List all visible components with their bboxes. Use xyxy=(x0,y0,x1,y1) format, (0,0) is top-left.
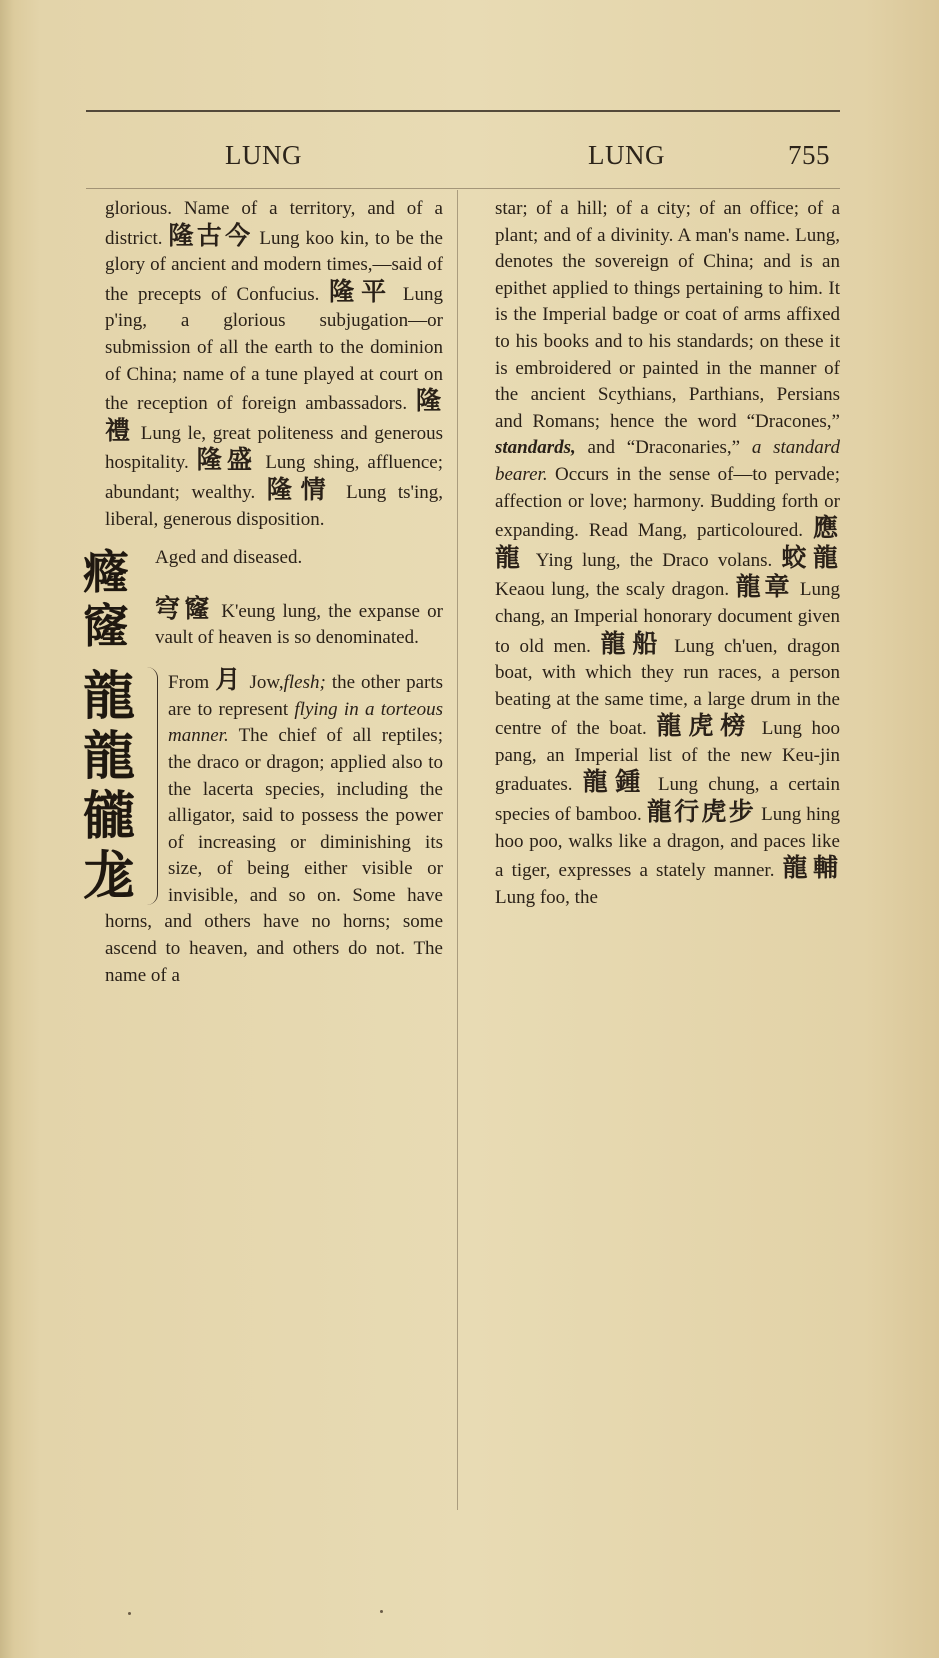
definition-text: Keaou lung, the scaly dragon. xyxy=(495,579,729,600)
headword-char: 尨 xyxy=(83,847,145,907)
page-number: 755 xyxy=(788,140,830,171)
curly-brace xyxy=(147,667,158,905)
chinese-compound: 龍鍾 xyxy=(583,767,648,796)
entry-continuation: glorious. Name of a territory, and of a … xyxy=(105,196,443,533)
right-column: star; of a hill; of a city; of an office… xyxy=(495,196,840,911)
top-rule xyxy=(86,110,840,112)
headword-char: 癃 xyxy=(83,545,141,599)
chinese-compound: 隆古今 xyxy=(169,221,254,250)
chinese-compound: 龍輔 xyxy=(783,853,840,882)
italic-gloss: standards, xyxy=(495,437,576,458)
definition-text: Ying lung, the Draco volans. xyxy=(536,550,772,571)
chinese-compound: 龍章 xyxy=(736,572,794,601)
definition-text: and “Draconaries,” xyxy=(588,437,741,458)
chinese-compound: 隆平 xyxy=(329,277,393,306)
left-column: glorious. Name of a territory, and of a … xyxy=(105,196,443,989)
chinese-compound: 龍船 xyxy=(601,629,665,658)
column-top-rule xyxy=(86,188,840,189)
running-head-center: LUNG xyxy=(588,140,665,171)
entry-continuation: star; of a hill; of a city; of an office… xyxy=(495,196,840,911)
headword-char: 龍 xyxy=(83,727,145,787)
headword-char: 龓 xyxy=(83,787,145,847)
column-divider xyxy=(457,190,458,1510)
chinese-compound: 蛟龍 xyxy=(781,543,840,572)
headword-characters: 癃 窿 xyxy=(83,545,141,653)
chinese-compound: 龍虎榜 xyxy=(656,711,752,740)
definition-text: Lung foo, the xyxy=(495,887,598,908)
running-head-left: LUNG xyxy=(225,140,302,171)
entry-definition: Aged and diseased. 穹窿 K'eung lung, the e… xyxy=(105,545,443,652)
radical-character: 月 xyxy=(215,665,243,694)
chinese-compound: 隆盛 xyxy=(197,445,258,474)
dictionary-entry-aged: 癃 窿 Aged and diseased. 穹窿 K'eung lung, t… xyxy=(105,545,443,653)
headword-char: 窿 xyxy=(83,599,141,653)
chinese-compound: 隆情 xyxy=(267,475,335,504)
definition-text: From xyxy=(168,672,209,693)
italic-gloss: flesh; xyxy=(284,672,326,693)
definition-text: Aged and diseased. xyxy=(155,547,302,568)
paper-speck xyxy=(128,1612,131,1615)
headword-char: 龍 xyxy=(83,667,145,727)
definition-text: star; of a hill; of a city; of an office… xyxy=(495,198,840,432)
headword-characters: 龍 龍 龓 尨 xyxy=(83,667,145,907)
definition-text: Jow, xyxy=(249,672,283,693)
dictionary-entry-dragon: 龍 龍 龓 尨 From 月 Jow,flesh; the other part… xyxy=(105,667,443,989)
chinese-compound: 穹窿 xyxy=(155,594,214,623)
paper-speck xyxy=(380,1610,383,1613)
chinese-compound: 龍行虎步 xyxy=(647,797,756,826)
